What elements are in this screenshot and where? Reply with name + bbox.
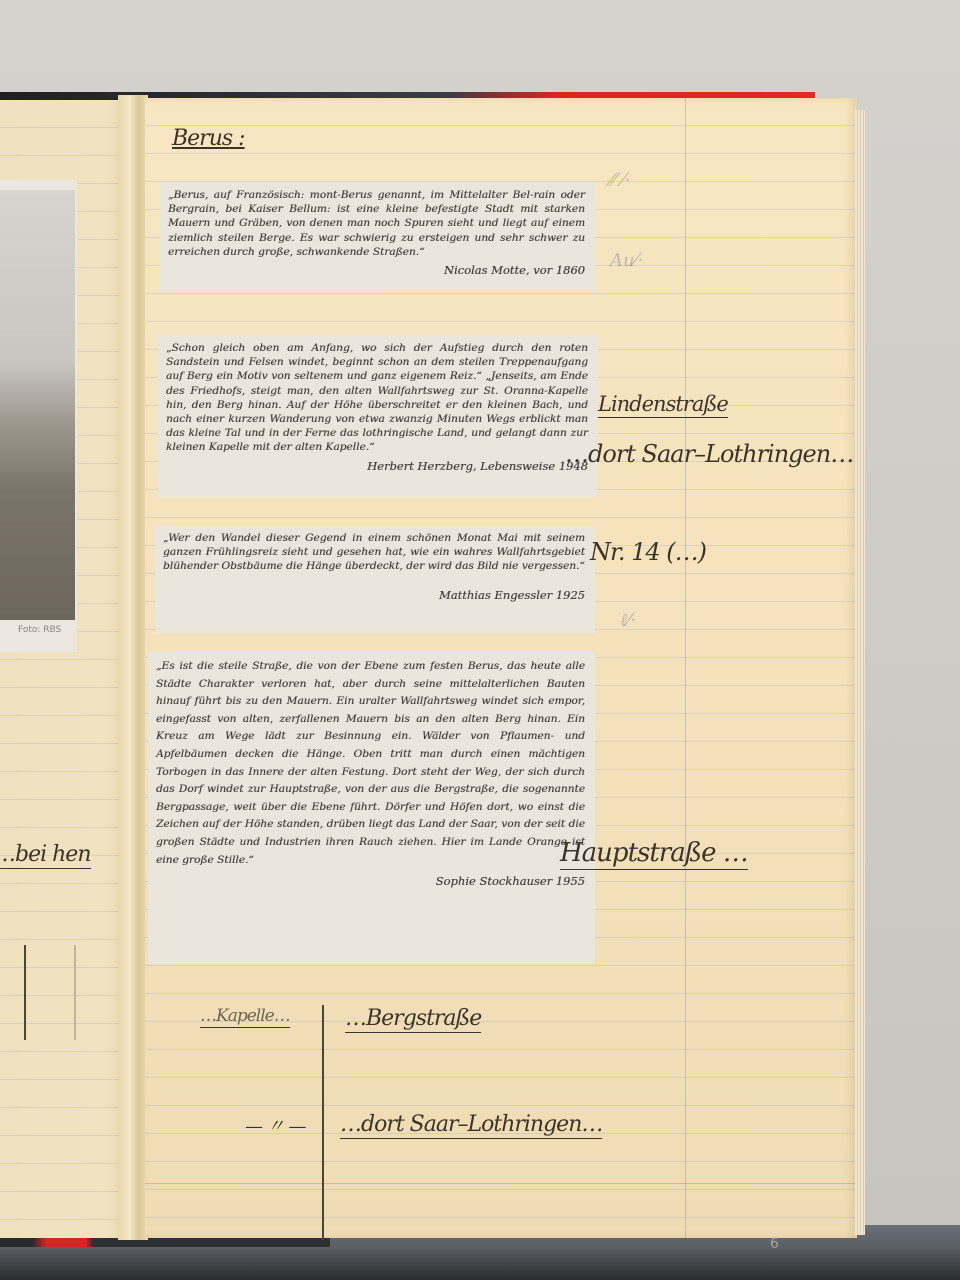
handwriting-street-name: Lindenstraße	[598, 392, 728, 418]
clipping-author: Matthias Engessler 1925	[163, 588, 585, 602]
handwriting-note: …dort Saar–Lothringen…	[565, 440, 853, 468]
red-rule	[145, 1183, 857, 1184]
landscape-photo	[0, 190, 75, 620]
text-clipping-2: „Schon gleich oben am Anfang, wo sich de…	[158, 335, 598, 497]
photo-caption: Foto: RBS	[18, 625, 61, 635]
clipping-text: „Schon gleich oben am Anfang, wo sich de…	[166, 341, 588, 455]
left-vertical-stroke-faint	[74, 945, 76, 1040]
page-edges	[855, 110, 865, 1235]
left-handwriting-1: …bei hen	[0, 842, 91, 869]
page-heading: Berus :	[172, 126, 245, 151]
margin-line	[685, 98, 686, 1238]
clipping-author: Nicolas Motte, vor 1860	[168, 263, 585, 277]
text-clipping-1: „Berus, auf Französisch: mont-Berus gena…	[160, 182, 595, 292]
clipping-author: Herbert Herzberg, Lebensweise 1948	[166, 459, 588, 473]
page-number: 6	[770, 1236, 779, 1252]
left-vertical-stroke	[24, 945, 26, 1040]
handwriting-number: Nr. 14 (…)	[590, 538, 706, 566]
text-clipping-3: „Wer den Wandel dieser Gegend in einem s…	[155, 525, 595, 633]
table-divider-line	[322, 1005, 324, 1240]
clipping-author: Sophie Stockhauser 1955	[156, 873, 585, 891]
show-through-writing: ⁄⁄ ⁄·	[610, 170, 630, 191]
handwriting-label: …Kapelle…	[200, 1006, 290, 1028]
handwriting-dash: — 〃 —	[245, 1112, 305, 1138]
book-gutter	[118, 95, 148, 1240]
clipping-text: „Es ist die steile Straße, die von der E…	[156, 658, 585, 869]
show-through-writing: ℓ⁄·	[620, 610, 636, 631]
handwriting-main-street: Hauptstraße …	[560, 838, 748, 870]
handwriting-entry-2: …dort Saar–Lothringen…	[340, 1112, 602, 1139]
clipping-text: „Wer den Wandel dieser Gegend in einem s…	[163, 531, 585, 574]
text-clipping-4: „Es ist die steile Straße, die von der E…	[148, 652, 595, 964]
handwriting-entry-1: …Bergstraße	[345, 1006, 481, 1033]
show-through-writing: Au⁄·	[610, 250, 643, 271]
clipping-text: „Berus, auf Französisch: mont-Berus gena…	[168, 188, 585, 259]
